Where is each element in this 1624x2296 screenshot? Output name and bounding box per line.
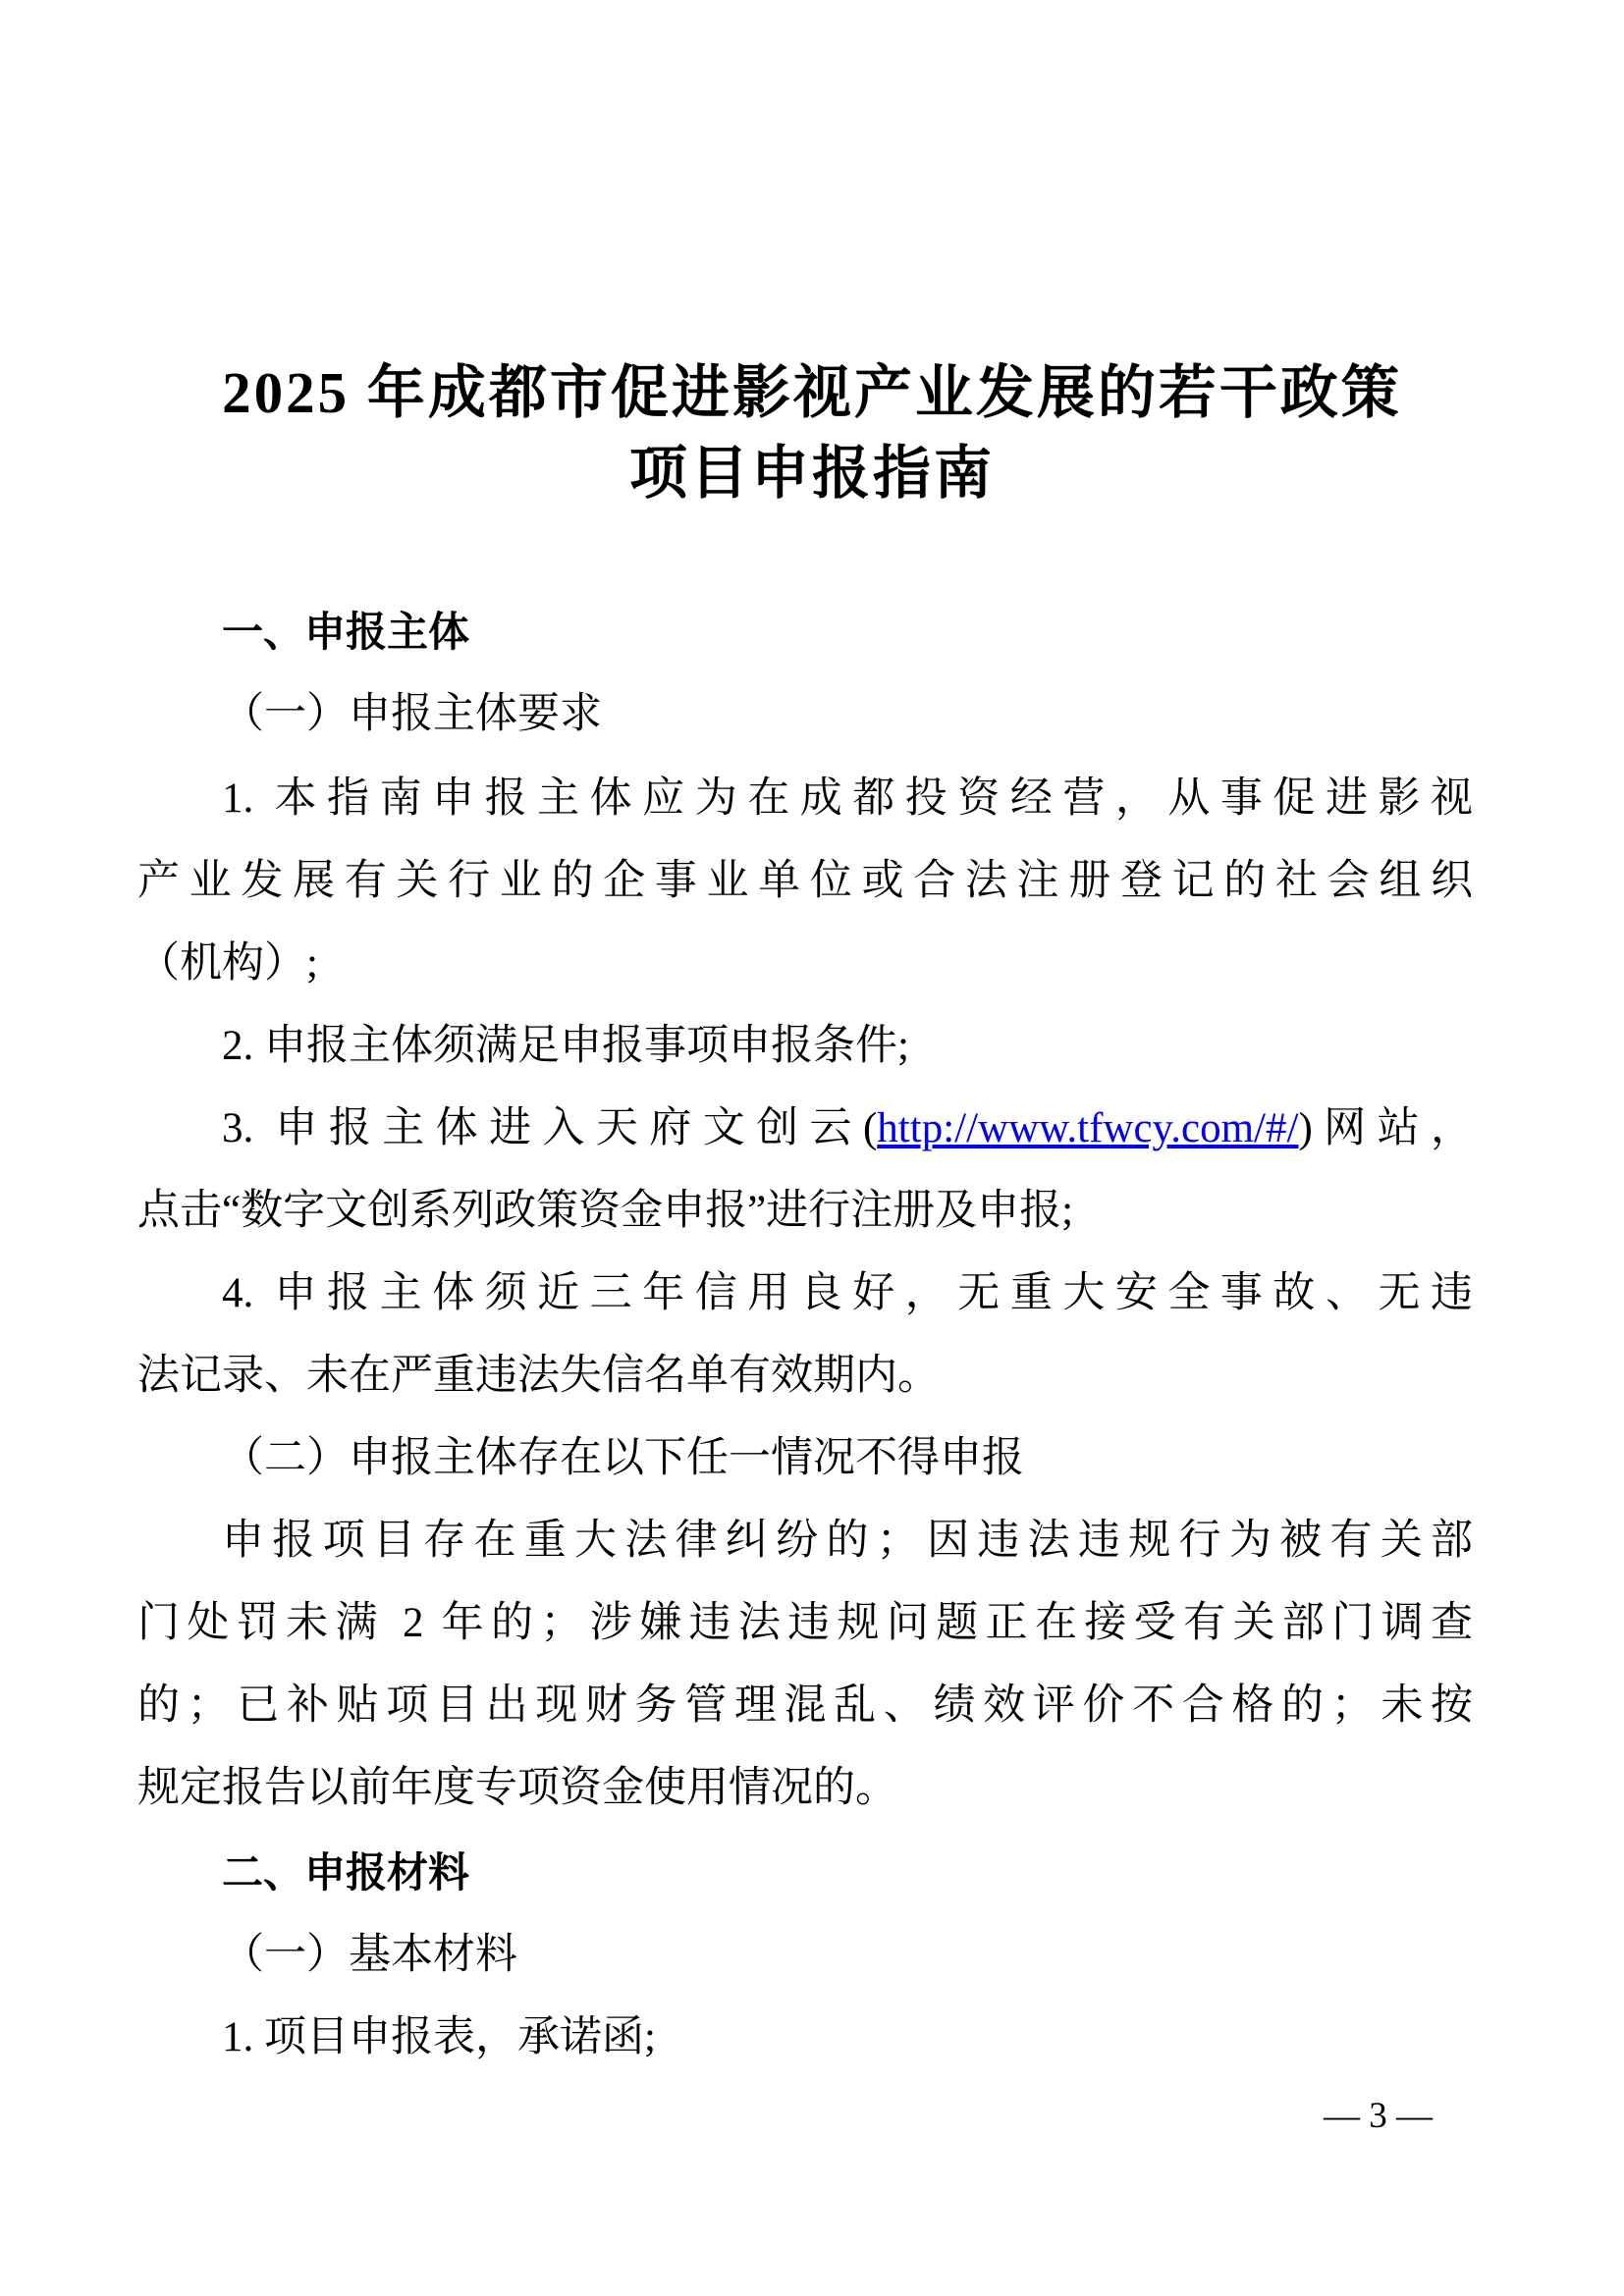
- paragraph-disqualify-line3: 的；已补贴项目出现财务管理混乱、绩效评价不合格的；未按: [137, 1681, 1473, 1732]
- paragraph-item1-line3: （机构）;: [137, 938, 1473, 989]
- section-heading-application-materials: 二、申报材料: [137, 1847, 1473, 1898]
- paragraph-disqualify-line1: 申报项目存在重大法律纠纷的；因违法违规行为被有关部: [137, 1516, 1473, 1567]
- paragraph-item3-prefix: 3. 申报主体进入天府文创云(: [222, 1105, 877, 1151]
- section-heading-application-subject: 一、申报主体: [137, 607, 1473, 658]
- document-title-line-1: 2025 年成都市促进影视产业发展的若干政策: [0, 358, 1624, 427]
- paragraph-disqualify-line4: 规定报告以前年度专项资金使用情况的。: [137, 1763, 1473, 1814]
- subsection-heading-disqualifying-conditions: （二）申报主体存在以下任一情况不得申报: [137, 1433, 1473, 1484]
- tfwcy-website-link[interactable]: http://www.tfwcy.com/#/: [877, 1105, 1298, 1151]
- paragraph-item4-line2: 法记录、未在严重违法失信名单有效期内。: [137, 1351, 1473, 1402]
- document-page: 2025 年成都市促进影视产业发展的若干政策 项目申报指南 一、申报主体 （一）…: [0, 0, 1624, 2296]
- paragraph-disqualify-line2: 门处罚未满 2 年的；涉嫌违法违规问题正在接受有关部门调查: [137, 1598, 1473, 1649]
- subsection-heading-subject-requirements: （一）申报主体要求: [137, 689, 1473, 740]
- paragraph-item3-suffix: )网站，: [1298, 1105, 1473, 1151]
- paragraph-item3-line1: 3. 申报主体进入天府文创云(http://www.tfwcy.com/#/)网…: [137, 1103, 1473, 1154]
- subsection-heading-basic-materials: （一）基本材料: [137, 1930, 1473, 1981]
- paragraph-item4-line1: 4. 申报主体须近三年信用良好，无重大安全事故、无违: [137, 1268, 1473, 1319]
- paragraph-item1-line1: 1. 本指南申报主体应为在成都投资经营，从事促进影视: [137, 774, 1473, 825]
- paragraph-item1-line2: 产业发展有关行业的企事业单位或合法注册登记的社会组织: [137, 856, 1473, 907]
- page-number: — 3 —: [1324, 2095, 1433, 2138]
- paragraph-materials-item1: 1. 项目申报表，承诺函;: [137, 2012, 1473, 2063]
- document-title-line-2: 项目申报指南: [0, 439, 1624, 507]
- paragraph-item3-line2: 点击“数字文创系列政策资金申报”进行注册及申报;: [137, 1186, 1473, 1237]
- paragraph-item2: 2. 申报主体须满足申报事项申报条件;: [137, 1021, 1473, 1072]
